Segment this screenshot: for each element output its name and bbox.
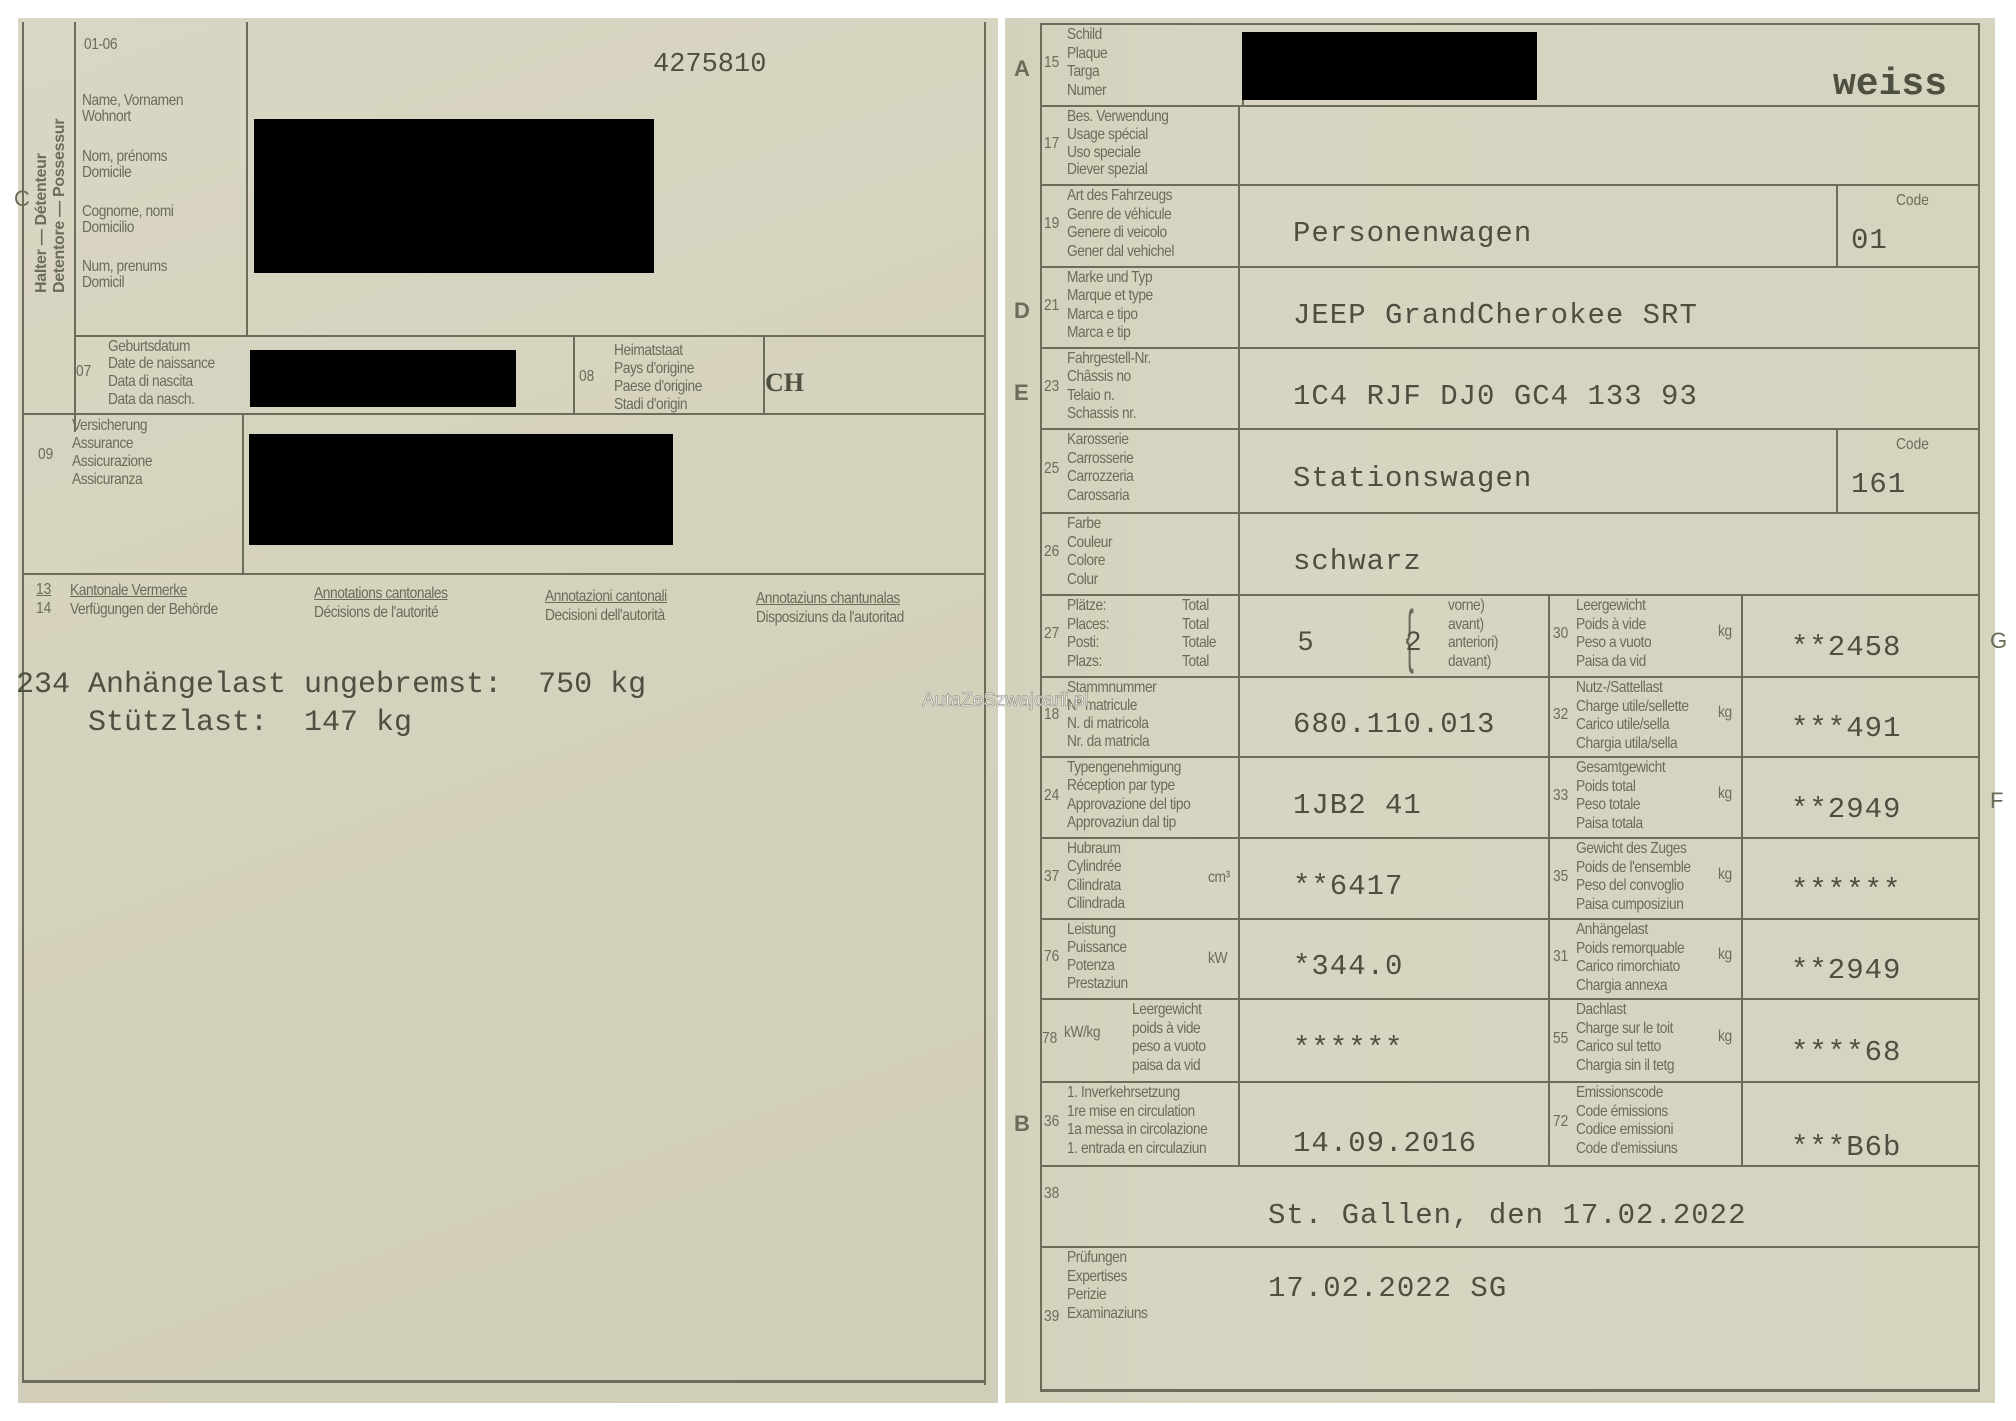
- column-divider: [1548, 837, 1550, 918]
- row-divider: [1040, 676, 1978, 678]
- field-label: Targa: [1067, 63, 1099, 80]
- field-label: Posti:: [1067, 634, 1099, 651]
- row-divider: [1040, 1081, 1978, 1083]
- field-label: Charge sur le toit: [1576, 1020, 1673, 1037]
- field-label: Genre de véhicule: [1067, 206, 1171, 223]
- row-divider: [1040, 105, 1978, 107]
- field-label: Châssis no: [1067, 368, 1131, 385]
- field-number: 33: [1553, 787, 1568, 805]
- column-divider: [1741, 756, 1743, 837]
- front-seat-label: vorne): [1448, 597, 1484, 614]
- field-label: Leergewicht: [1576, 597, 1645, 614]
- field-label: Paese d'origine: [614, 378, 702, 395]
- field-number: 55: [1553, 1030, 1568, 1048]
- column-divider: [1238, 756, 1240, 837]
- column-divider: [1741, 1081, 1743, 1165]
- field-label: Bes. Verwendung: [1067, 108, 1168, 125]
- field-label: N. di matricola: [1067, 715, 1148, 732]
- field-label: Examinaziuns: [1067, 1305, 1148, 1322]
- column-divider: [1836, 184, 1838, 266]
- field-label: Plaque: [1067, 45, 1107, 62]
- row-divider: [1040, 512, 1978, 514]
- border: [1040, 23, 1978, 25]
- field-37-value: **6417: [1293, 870, 1403, 903]
- column-divider: [1548, 918, 1550, 998]
- field-label: Leergewicht: [1132, 1001, 1201, 1018]
- unit-label: kg: [1718, 946, 1732, 963]
- field-number: 24: [1044, 787, 1059, 805]
- border: [22, 1380, 986, 1383]
- column-divider: [1238, 184, 1240, 266]
- field-label: Carico utile/sella: [1576, 716, 1669, 733]
- row-divider: [1040, 594, 1978, 596]
- field-18-value: 680.110.013: [1293, 708, 1495, 741]
- field-label: Assicuranza: [72, 471, 142, 488]
- field-label: Gener dal vehichel: [1067, 243, 1174, 260]
- field-label: Emissionscode: [1576, 1084, 1663, 1101]
- field-number: 17: [1044, 135, 1059, 153]
- field-31-value: **2949: [1791, 954, 1901, 987]
- divider: [242, 413, 244, 573]
- holder-label: Num, prenums: [82, 258, 167, 275]
- field-label: poids à vide: [1132, 1020, 1200, 1037]
- field-label: Diever spezial: [1067, 161, 1147, 178]
- holder-vertical-label-2: Detentore — Possessur: [52, 119, 68, 293]
- total-label: Total: [1182, 597, 1209, 614]
- annotation-line-1: 234 Anhängelast ungebremst: 750 kg: [16, 668, 646, 702]
- field-number: 76: [1044, 948, 1059, 966]
- column-divider: [1548, 594, 1550, 676]
- field-36-value: 14.09.2016: [1293, 1127, 1477, 1160]
- plate-redacted: [1242, 32, 1537, 100]
- field-label: Gewicht des Zuges: [1576, 840, 1686, 857]
- column-divider: [1741, 998, 1743, 1081]
- annotation-header: Kantonale Vermerke: [70, 582, 187, 599]
- row-divider: [1040, 837, 1978, 839]
- field-label: Date de naissance: [108, 355, 215, 372]
- field-label: Charge utile/sellette: [1576, 698, 1689, 715]
- field-label: Gesamtgewicht: [1576, 759, 1665, 776]
- field-label: Dachlast: [1576, 1001, 1626, 1018]
- field-label: Chargia sin il tetg: [1576, 1057, 1674, 1074]
- column-divider: [1238, 998, 1240, 1081]
- unit-label: kg: [1718, 623, 1732, 640]
- field-label: Marca e tip: [1067, 324, 1130, 341]
- field-label: Assicurazione: [72, 453, 152, 470]
- unit-label: cm³: [1208, 869, 1230, 886]
- field-label: Colur: [1067, 571, 1098, 588]
- column-divider: [1238, 266, 1240, 347]
- field-35-value: ******: [1791, 874, 1901, 907]
- issue-place-date-value: St. Gallen, den 17.02.2022: [1268, 1199, 1746, 1232]
- field-number: 25: [1044, 460, 1059, 478]
- field-72-value: ***B6b: [1791, 1131, 1901, 1164]
- code-value: 01: [1851, 224, 1888, 257]
- field-number: 19: [1044, 215, 1059, 233]
- field-19-value: Personenwagen: [1293, 217, 1532, 250]
- field-label: paisa da vid: [1132, 1057, 1200, 1074]
- column-divider: [1238, 918, 1240, 998]
- field-number: 08: [579, 368, 594, 386]
- holder-label: Cognome, nomi: [82, 203, 174, 220]
- column-divider: [1741, 918, 1743, 998]
- field-number: 15: [1044, 54, 1059, 72]
- field-number: 35: [1553, 868, 1568, 886]
- field-label: Expertises: [1067, 1268, 1127, 1285]
- field-78-value: ******: [1293, 1032, 1403, 1065]
- border: [1978, 23, 1980, 1389]
- holder-label: Domicile: [82, 164, 131, 181]
- side-letter-a: A: [1014, 56, 1030, 82]
- field-label: Marque et type: [1067, 287, 1153, 304]
- field-label: Peso totale: [1576, 796, 1640, 813]
- annotation-header: Annotaziuns chantunalas: [756, 590, 900, 607]
- field-32-value: ***491: [1791, 712, 1901, 745]
- field-label: Couleur: [1067, 534, 1112, 551]
- field-label: Cilindrada: [1067, 895, 1125, 912]
- side-letter-c: C: [14, 186, 30, 212]
- row-divider: [1040, 347, 1978, 349]
- field-label: Paisa da vid: [1576, 653, 1646, 670]
- front-seat-label: davant): [1448, 653, 1491, 670]
- front-seat-label: anteriori): [1448, 634, 1498, 651]
- total-label: Total: [1182, 616, 1209, 633]
- holder-label: Domicil: [82, 274, 124, 291]
- column-divider: [1238, 512, 1240, 594]
- field-label: Versicherung: [72, 417, 147, 434]
- field-label: Numer: [1067, 82, 1106, 99]
- field-number: 27: [1044, 625, 1059, 643]
- field-label: Carrozzeria: [1067, 468, 1133, 485]
- side-letter-g: G: [1990, 628, 2007, 654]
- column-divider: [1238, 428, 1240, 512]
- field-label: Heimatstaat: [614, 342, 683, 359]
- field-label: Leistung: [1067, 921, 1116, 938]
- unit-label: kg: [1718, 866, 1732, 883]
- field-label: Usage spécial: [1067, 126, 1148, 143]
- field-label: Plätze:: [1067, 597, 1106, 614]
- annotation-header: Disposiziuns da l'autoritad: [756, 609, 904, 626]
- code-value: 161: [1851, 468, 1906, 501]
- unit-label: kW/kg: [1064, 1024, 1100, 1041]
- field-number: 30: [1553, 625, 1568, 643]
- field-label: 1re mise en circulation: [1067, 1103, 1195, 1120]
- field-label: Telaio n.: [1067, 387, 1114, 404]
- field-label: Carossaria: [1067, 487, 1129, 504]
- divider: [246, 22, 248, 337]
- field-label: Chargia utila/sella: [1576, 735, 1677, 752]
- holder-redacted: [254, 119, 654, 273]
- field-number: 09: [38, 446, 53, 464]
- field-number: 32: [1553, 706, 1568, 724]
- field-label: Approvazione del tipo: [1067, 796, 1190, 813]
- field-label: Cylindrée: [1067, 858, 1121, 875]
- row-divider: [1040, 1246, 1978, 1248]
- field-number: 78: [1042, 1030, 1057, 1048]
- field-label: Prüfungen: [1067, 1249, 1127, 1266]
- border: [1040, 1389, 1980, 1392]
- field-number: 07: [76, 363, 91, 381]
- seats-front-value: 2: [1406, 626, 1422, 657]
- field-label: peso a vuoto: [1132, 1038, 1206, 1055]
- divider: [74, 335, 986, 337]
- annotation-header: Verfügungen der Behörde: [70, 601, 218, 618]
- row-divider: [1040, 756, 1978, 758]
- field-label: 1. Inverkehrsetzung: [1067, 1084, 1180, 1101]
- right-page: 15SchildPlaqueTargaNumerweiss17Bes. Verw…: [1005, 18, 1995, 1403]
- field-label: Assurance: [72, 435, 133, 452]
- total-label: Totale: [1182, 634, 1216, 651]
- field-label: Schassis nr.: [1067, 405, 1136, 422]
- seats-total-value: 5: [1298, 626, 1314, 657]
- field-label: Marke und Typ: [1067, 269, 1152, 286]
- field-55-value: ****68: [1791, 1036, 1901, 1069]
- watermark: AutaZeSzwajcarii.pl: [922, 690, 1089, 712]
- field-label: Uso speciale: [1067, 144, 1141, 161]
- column-divider: [1548, 1081, 1550, 1165]
- annotation-header: Annotazioni cantonali: [545, 588, 667, 605]
- field-label: Code d'emissiuns: [1576, 1140, 1677, 1157]
- field-label: Codice emissioni: [1576, 1121, 1673, 1138]
- unit-label: kW: [1208, 950, 1227, 967]
- field-21-value: JEEP GrandCherokee SRT: [1293, 299, 1698, 332]
- field-label: Plazs:: [1067, 653, 1102, 670]
- field-label: Poids à vide: [1576, 616, 1646, 633]
- field-26-value: schwarz: [1293, 545, 1422, 578]
- field-number: 23: [1044, 378, 1059, 396]
- insurance-redacted: [249, 434, 673, 545]
- field-number: 37: [1044, 868, 1059, 886]
- field-label: Carico sul tetto: [1576, 1038, 1661, 1055]
- annotation-header: Annotations cantonales: [314, 585, 448, 602]
- field-label: Karosserie: [1067, 431, 1128, 448]
- field-number: 21: [1044, 297, 1059, 315]
- field-label: Colore: [1067, 552, 1105, 569]
- row-divider: [1040, 1165, 1978, 1167]
- field-label: Schild: [1067, 26, 1102, 43]
- field-label: Prestaziun: [1067, 975, 1128, 992]
- field-label: Carrosserie: [1067, 450, 1133, 467]
- column-divider: [1548, 676, 1550, 756]
- field-number: 72: [1553, 1113, 1568, 1131]
- field-number: 38: [1044, 1185, 1059, 1203]
- birthdate-redacted: [250, 350, 516, 407]
- field-label: Hubraum: [1067, 840, 1121, 857]
- column-divider: [1741, 676, 1743, 756]
- field-33-value: **2949: [1791, 793, 1901, 826]
- holder-label: Domicilio: [82, 219, 134, 236]
- field-label: Code émissions: [1576, 1103, 1668, 1120]
- column-divider: [1548, 756, 1550, 837]
- field-number: 31: [1553, 948, 1568, 966]
- row-divider: [1040, 998, 1978, 1000]
- section-code: 01-06: [84, 36, 117, 53]
- column-divider: [1548, 998, 1550, 1081]
- holder-label: Name, Vornamen: [82, 92, 183, 109]
- field-label: Art des Fahrzeugs: [1067, 187, 1172, 204]
- field-label: Geburtsdatum: [108, 338, 190, 355]
- field-label: Nutz-/Sattellast: [1576, 679, 1662, 696]
- side-letter-f: F: [1990, 788, 2003, 814]
- field-24-value: 1JB2 41: [1293, 789, 1422, 822]
- field-23-value: 1C4 RJF DJ0 GC4 133 93: [1293, 380, 1698, 413]
- column-divider: [1741, 594, 1743, 676]
- field-label: 1a messa in circolazione: [1067, 1121, 1207, 1138]
- total-label: Total: [1182, 653, 1209, 670]
- field-label: Poids total: [1576, 778, 1636, 795]
- divider: [22, 573, 986, 575]
- holder-label: Wohnort: [82, 108, 131, 125]
- field-number: 14: [36, 600, 51, 618]
- row-divider: [1040, 918, 1978, 920]
- column-divider: [1238, 594, 1240, 676]
- annotation-header: Decisioni dell'autorità: [545, 607, 665, 624]
- column-divider: [1238, 1081, 1240, 1165]
- column-divider: [1836, 428, 1838, 512]
- field-label: Paisa totala: [1576, 815, 1643, 832]
- field-label: Perizie: [1067, 1286, 1106, 1303]
- field-label: Peso a vuoto: [1576, 634, 1651, 651]
- field-label: Farbe: [1067, 515, 1101, 532]
- field-label: Fahrgestell-Nr.: [1067, 350, 1151, 367]
- plate-color-value: weiss: [1833, 63, 1947, 106]
- field-label: Réception par type: [1067, 777, 1175, 794]
- document-number: 4275810: [653, 50, 766, 80]
- unit-label: kg: [1718, 704, 1732, 721]
- origin-country-value: CH: [765, 368, 804, 398]
- divider: [573, 335, 575, 413]
- field-label: Approvaziun dal tip: [1067, 814, 1176, 831]
- field-label: Typengenehmigung: [1067, 759, 1181, 776]
- side-letter-e: E: [1014, 380, 1029, 406]
- field-number: 13: [36, 581, 51, 599]
- annotation-line-2: Stützlast: 147 kg: [16, 706, 412, 740]
- holder-vertical-label-1: Halter — Détenteur: [34, 153, 50, 293]
- field-30-value: **2458: [1791, 631, 1901, 664]
- field-label: Marca e tipo: [1067, 306, 1138, 323]
- column-divider: [1238, 837, 1240, 918]
- border: [22, 22, 24, 1382]
- field-label: Cilindrata: [1067, 877, 1121, 894]
- field-label: Poids remorquable: [1576, 940, 1684, 957]
- field-label: Potenza: [1067, 957, 1114, 974]
- divider: [22, 413, 986, 415]
- field-label: Chargia annexa: [1576, 977, 1667, 994]
- annotation-header: Décisions de l'autorité: [314, 604, 438, 621]
- field-label: Stadi d'origin: [614, 396, 687, 413]
- column-divider: [1238, 676, 1240, 756]
- field-label: Data da nasch.: [108, 391, 195, 408]
- side-letter-d: D: [1014, 298, 1030, 324]
- field-label: Anhängelast: [1576, 921, 1648, 938]
- front-seat-label: avant): [1448, 616, 1484, 633]
- inspection-value: 17.02.2022 SG: [1268, 1272, 1507, 1305]
- left-page: C Halter — Détenteur Detentore — Possess…: [18, 18, 998, 1403]
- field-label: Carico rimorchiato: [1576, 958, 1680, 975]
- field-label: Places:: [1067, 616, 1109, 633]
- field-label: Poids de l'ensemble: [1576, 859, 1691, 876]
- field-number: 36: [1044, 1113, 1059, 1131]
- field-label: Nr. da matricla: [1067, 733, 1149, 750]
- side-letter-b: B: [1014, 1111, 1030, 1137]
- column-divider: [1238, 347, 1240, 428]
- field-label: Peso del convoglio: [1576, 877, 1684, 894]
- code-label: Code: [1896, 436, 1929, 454]
- unit-label: kg: [1718, 785, 1732, 802]
- field-number: 39: [1044, 1308, 1059, 1326]
- row-divider: [1040, 266, 1978, 268]
- field-76-value: *344.0: [1293, 950, 1403, 983]
- unit-label: kg: [1718, 1028, 1732, 1045]
- field-number: 26: [1044, 543, 1059, 561]
- field-label: Data di nascita: [108, 373, 193, 390]
- field-label: 1. entrada en circulaziun: [1067, 1140, 1206, 1157]
- field-label: Paisa cumposiziun: [1576, 896, 1683, 913]
- holder-label: Nom, prénoms: [82, 148, 167, 165]
- column-divider: [1741, 837, 1743, 918]
- code-label: Code: [1896, 192, 1929, 210]
- column-divider: [1238, 105, 1240, 184]
- field-25-value: Stationswagen: [1293, 462, 1532, 495]
- field-label: Genere di veicolo: [1067, 224, 1167, 241]
- field-label: Puissance: [1067, 939, 1127, 956]
- field-label: Pays d'origine: [614, 360, 694, 377]
